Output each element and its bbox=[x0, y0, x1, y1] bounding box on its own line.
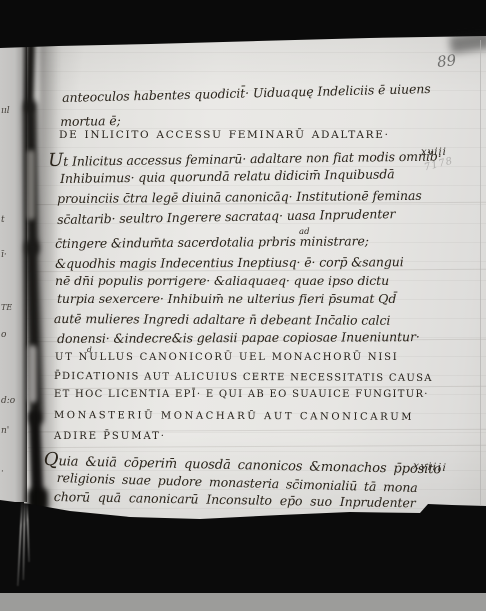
edge-fragment: TE bbox=[1, 303, 12, 312]
manuscript-line: turpia sexercere· Inhibuim̄ ne ulterius … bbox=[57, 291, 396, 306]
manuscript-line: &quodhis magis Indecentius Ineptiusq· ē·… bbox=[55, 254, 404, 271]
manuscript-line: c̄tingere &indum̄ta sacerdotalia prbris … bbox=[55, 233, 369, 251]
edge-fragment: ī· bbox=[1, 250, 7, 260]
manuscript-line: nē dn̄i populis porrigere· &aliaquaeq· q… bbox=[55, 273, 389, 288]
gutter-highlight bbox=[27, 150, 35, 220]
edge-fragment: · bbox=[1, 467, 4, 477]
manuscript-line: donensi· &indecre&is gelasii papae copio… bbox=[57, 329, 420, 346]
manuscript-line: autē mulieres Ingredi adaltare n̄ debean… bbox=[54, 311, 390, 328]
edge-fragment: n' bbox=[1, 426, 9, 436]
manuscript-line: prouinciis c̄tra legē diuinā canonicāq· … bbox=[57, 188, 422, 206]
margin-chapter-number-top: xviii bbox=[421, 147, 447, 158]
manuscript-line: ADIRE P̄SUMAT· bbox=[54, 431, 166, 442]
interlinear-gloss: ad bbox=[299, 227, 310, 237]
edge-fragment: ııl bbox=[1, 106, 10, 116]
manuscript-line: MONASTERIŪ MONACHARŪ AUT CANONICARUM bbox=[54, 410, 414, 423]
edge-fragment: d:o bbox=[1, 396, 15, 406]
manuscript-line: ET HOC LICENTIA EPĪ· E QUI AB EO SUAUICE… bbox=[54, 389, 429, 400]
folio-number: 89 bbox=[436, 51, 457, 71]
edge-fragment: t bbox=[1, 215, 5, 225]
chapter-heading: DE INLICITO ACCESSU FEMINARŪ ADALTARE· bbox=[59, 129, 390, 141]
manuscript-line: P̄DICATIONIS AUT ALICUIUS CERTE NECESSIT… bbox=[54, 371, 433, 384]
manuscript-line: UT NULLUS CANONICORŪ UEL MONACHORŪ NISI bbox=[55, 352, 399, 363]
margin-chapter-number-bottom: xviiii bbox=[413, 460, 448, 474]
edge-fragment: o bbox=[1, 330, 6, 340]
manuscript-line: mortua ē; bbox=[60, 113, 121, 129]
manuscript-photo: ııl t ī· TE o d:o n' · anteoculos habent… bbox=[0, 0, 486, 611]
page-edge-line bbox=[480, 40, 481, 506]
interlinear-insertion: d bbox=[87, 345, 92, 354]
gutter-highlight bbox=[28, 345, 37, 403]
photo-backdrop-strip bbox=[0, 593, 486, 611]
